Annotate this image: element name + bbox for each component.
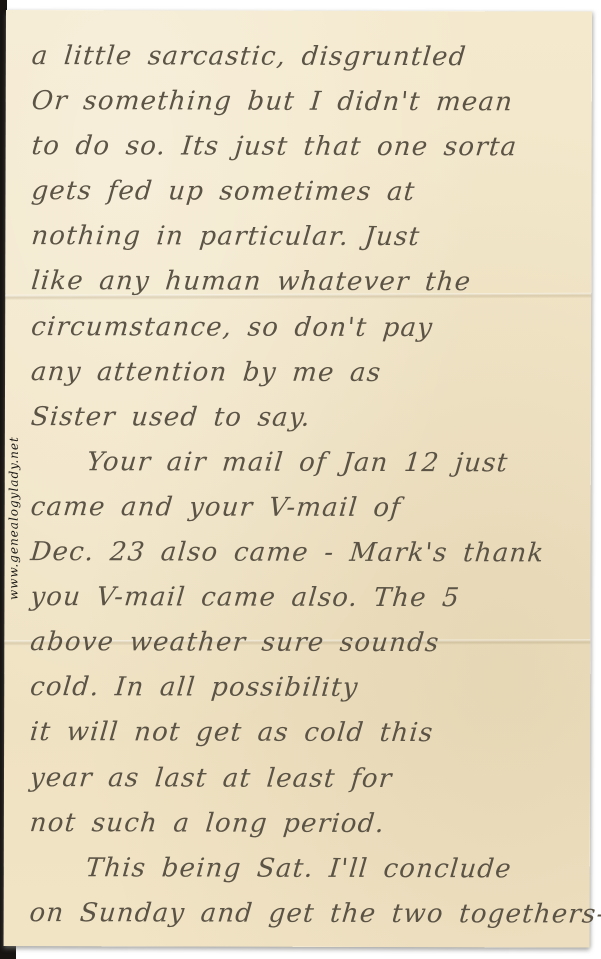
letter-line: nothing in particular. Just (29, 214, 585, 261)
letter-line: came and your V-mail of (29, 485, 585, 532)
letter-line: above weather sure sounds (28, 620, 584, 667)
letter-line: gets fed up sometimes at (29, 169, 585, 216)
letter-line: on Sunday and get the two togethers- (28, 891, 584, 938)
letter-line: not such a long period. (28, 801, 584, 848)
letter-line: Dec. 23 also came - Mark's thank (29, 530, 585, 577)
letter-line: Or something but I didn't mean (30, 79, 586, 126)
letter-line: year as last at least for (28, 756, 584, 803)
scanned-letter: www.genealogylady.net a little sarcastic… (0, 0, 601, 959)
letter-line: it will not get as cold this (28, 710, 584, 757)
letter-line: any attention by me as (29, 350, 585, 397)
letter-line: like any human whatever the (29, 260, 585, 307)
letter-line: you V-mail came also. The 5 (28, 575, 584, 622)
letter-body: a little sarcastic, disgruntledOr someth… (28, 34, 582, 937)
letter-line: Your air mail of Jan 12 just (29, 440, 585, 487)
letter-line: circumstance, so don't pay (29, 305, 585, 352)
letter-line: This being Sat. I'll conclude (28, 846, 584, 893)
letter-page: www.genealogylady.net a little sarcastic… (4, 10, 592, 948)
watermark-text: www.genealogylady.net (6, 300, 21, 600)
letter-line: to do so. Its just that one sorta (30, 124, 586, 171)
letter-line: cold. In all possibility (28, 665, 584, 712)
letter-line: Sister used to say. (29, 395, 585, 442)
letter-line: a little sarcastic, disgruntled (30, 34, 586, 81)
